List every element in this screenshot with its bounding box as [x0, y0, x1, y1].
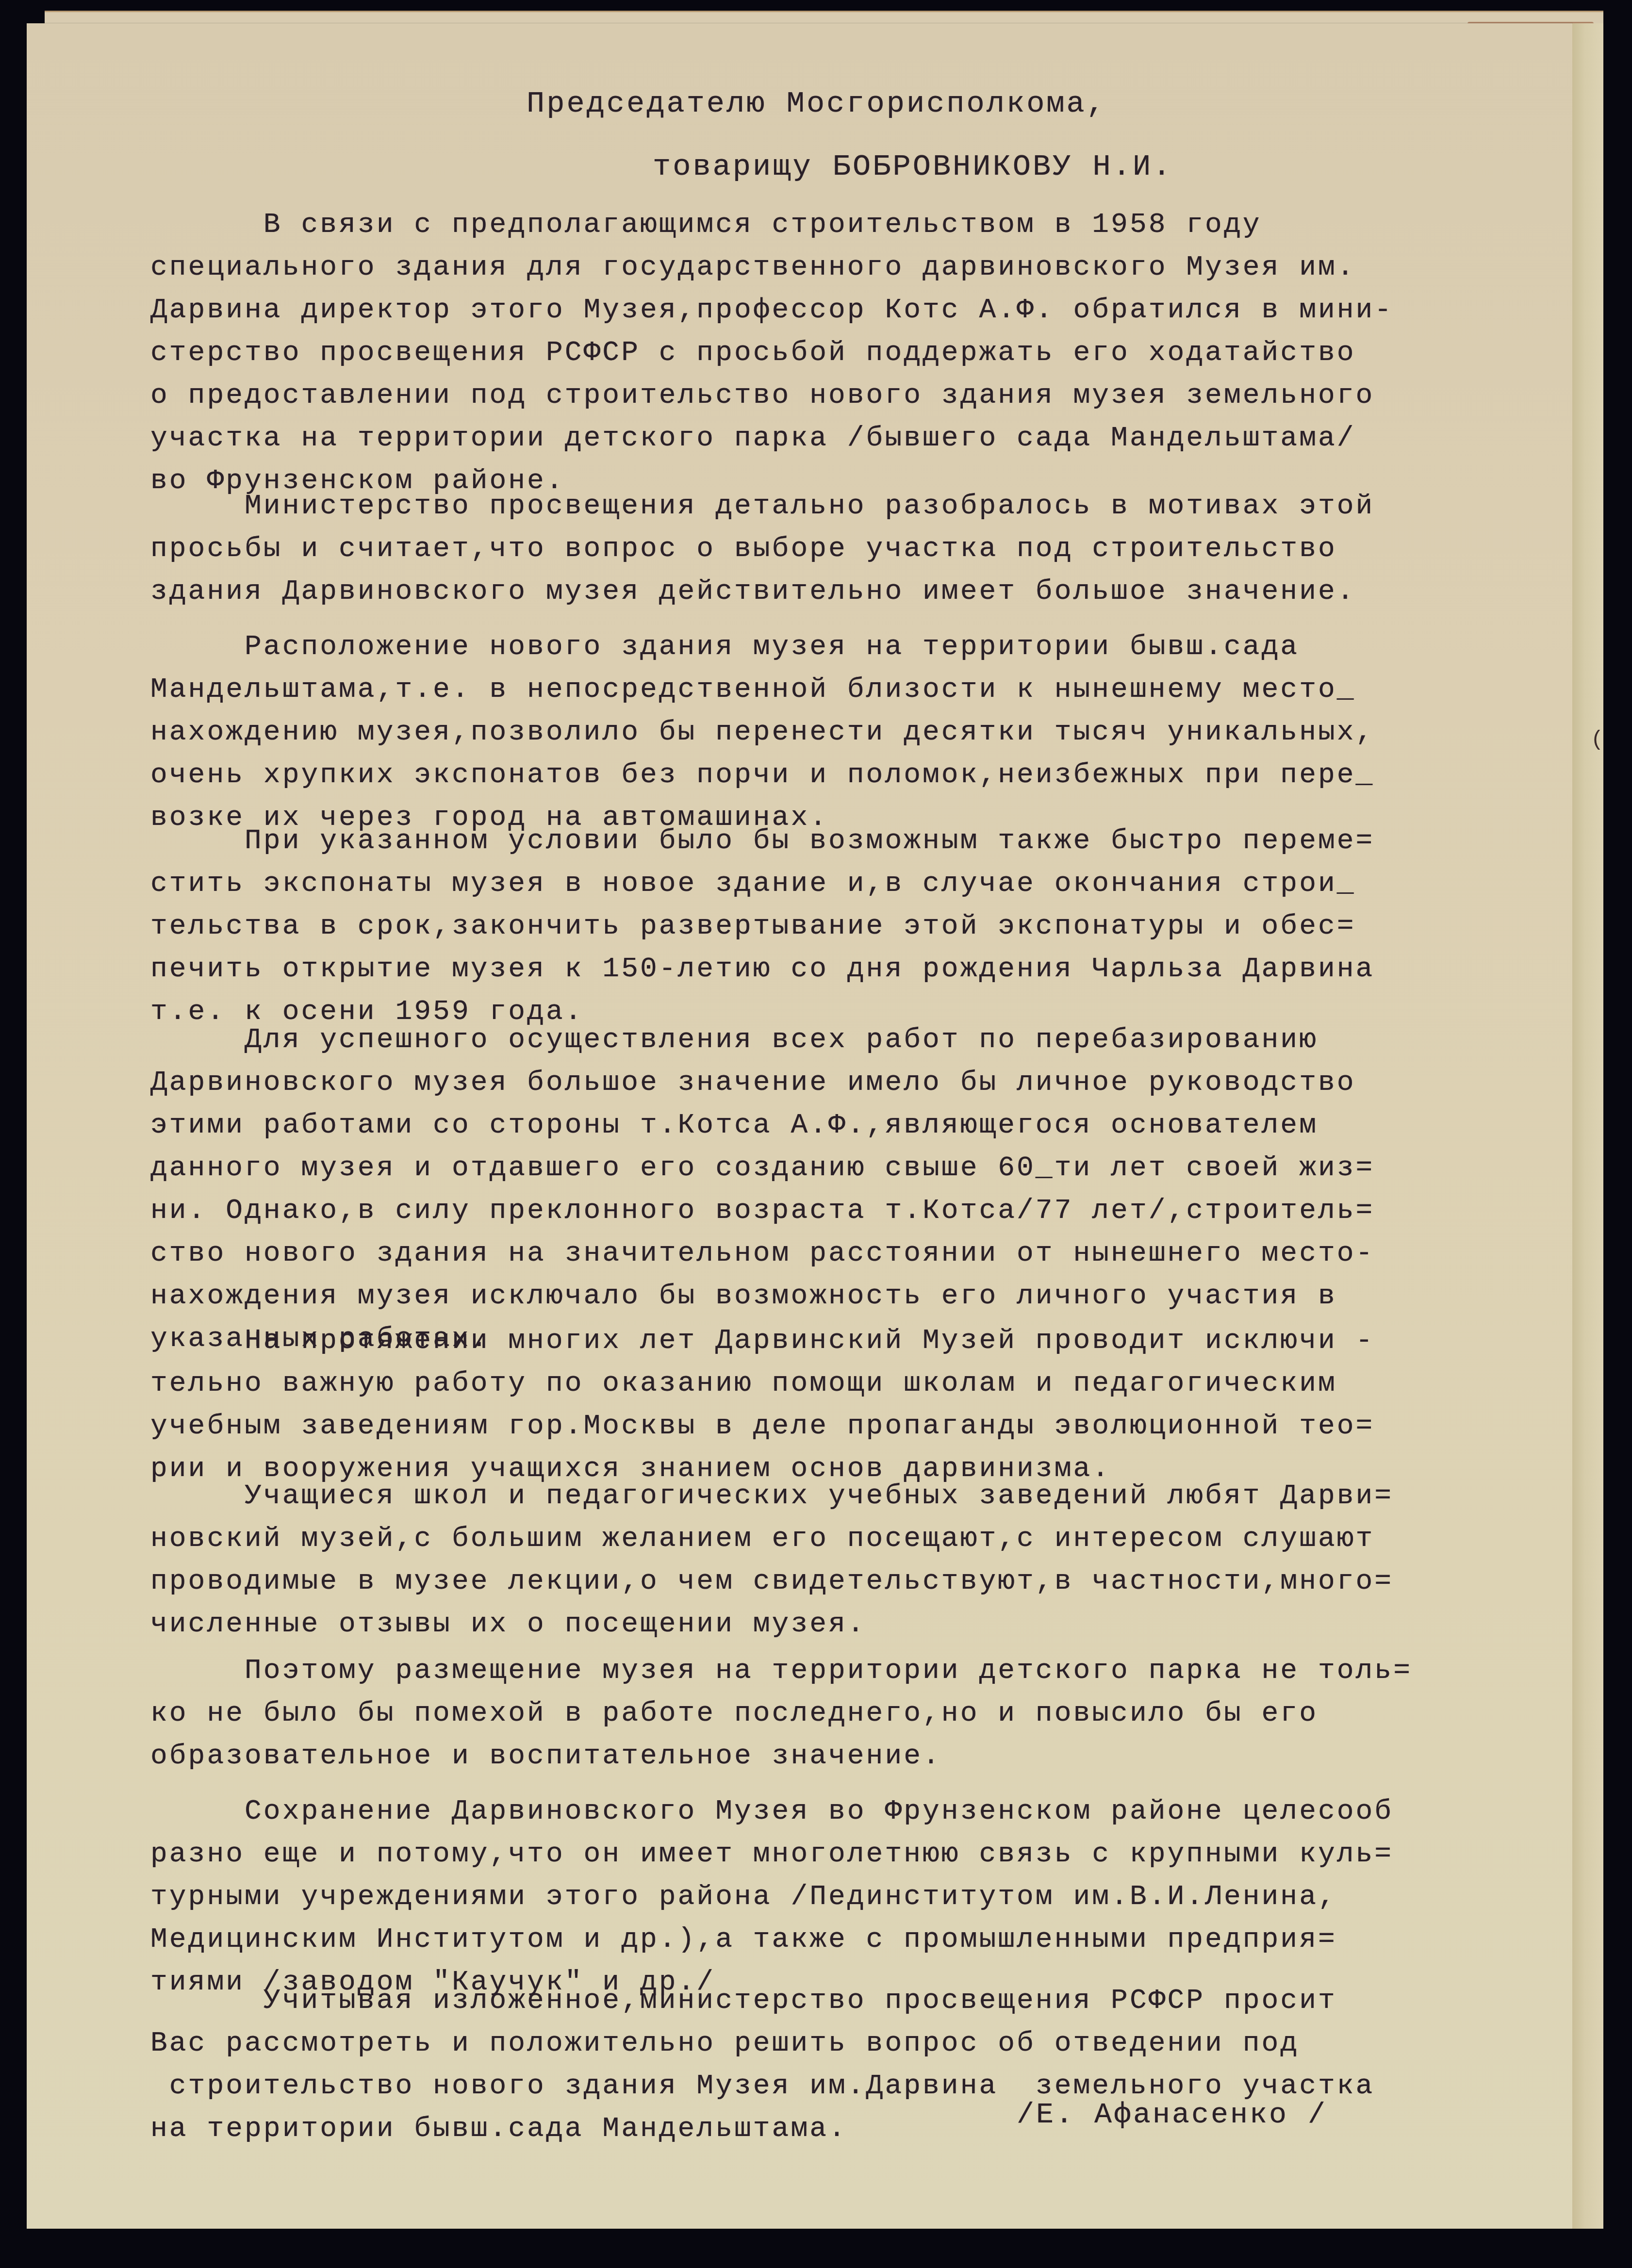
text-line: ко не было бы помехой в работе последнег…	[150, 1693, 1582, 1735]
text-line: нахождению музея,позволило бы перенести …	[150, 711, 1582, 754]
text-line: Дарвиновского музея большое значение име…	[150, 1062, 1582, 1104]
text-line: нахождения музея исключало бы возможност…	[150, 1275, 1582, 1318]
text-line: Учащиеся школ и педагогических учебных з…	[150, 1475, 1582, 1518]
text-line: На протяжении многих лет Дарвинский Музе…	[150, 1320, 1582, 1363]
text-line: о предоставлении под строительство новог…	[150, 375, 1582, 417]
text-line: турными учреждениями этого района /Педин…	[150, 1876, 1582, 1919]
paragraph: Для успешного осуществления всех работ п…	[150, 1019, 1582, 1361]
text-line: Дарвина директор этого Музея,профессор К…	[150, 289, 1582, 332]
paragraph: Сохранение Дарвиновского Музея во Фрунзе…	[150, 1791, 1582, 2004]
text-line: В связи с предполагающимся строительство…	[150, 204, 1582, 247]
text-line: Для успешного осуществления всех работ п…	[150, 1019, 1582, 1062]
text-line: учебным заведениям гор.Москвы в деле про…	[150, 1405, 1582, 1448]
paragraph: Расположение нового здания музея на терр…	[150, 626, 1582, 839]
text-line: очень хрупких экспонатов без порчи и пол…	[150, 754, 1582, 797]
text-line: Вас рассмотреть и положительно решить во…	[150, 2022, 1582, 2065]
text-line: стить экспонаты музея в новое здание и,в…	[150, 863, 1582, 905]
text-line: данного музея и отдавшего его созданию с…	[150, 1147, 1582, 1190]
text-line: печить открытие музея к 150-летию со дня…	[150, 948, 1582, 991]
paragraph: Министерство просвещения детально разобр…	[150, 485, 1582, 613]
text-line: тельно важную работу по оказанию помощи …	[150, 1363, 1582, 1405]
text-line: Расположение нового здания музея на терр…	[150, 626, 1582, 669]
text-line: разно еще и потому,что он имеет многолет…	[150, 1833, 1582, 1876]
text-line: участка на территории детского парка /бы…	[150, 417, 1582, 460]
text-line: Медицинским Институтом и др.),а также с …	[150, 1919, 1582, 1961]
text-line: Министерство просвещения детально разобр…	[150, 485, 1582, 528]
paragraph: Учащиеся школ и педагогических учебных з…	[150, 1475, 1582, 1646]
paragraph: На протяжении многих лет Дарвинский Музе…	[150, 1320, 1582, 1491]
text-line: проводимые в музее лекции,о чем свидетел…	[150, 1561, 1582, 1603]
paragraph: Поэтому размещение музея на территории д…	[150, 1650, 1582, 1778]
text-line: численные отзывы их о посещении музея.	[150, 1603, 1582, 1646]
text-line: просьбы и считает,что вопрос о выборе уч…	[150, 528, 1582, 571]
text-line: Учитывая изложенное,министерство просвещ…	[150, 1980, 1582, 2022]
text-line: новский музей,с большим желанием его пос…	[150, 1518, 1582, 1561]
text-line: на территории бывш.сада Мандельштама.	[150, 2108, 1582, 2151]
text-line: ни. Однако,в силу преклонного возраста т…	[150, 1190, 1582, 1233]
signature: /Е. Афанасенко /	[1017, 2094, 1327, 2137]
addressee-name: товарищу БОБРОВНИКОВУ Н.И.	[653, 146, 1172, 188]
text-line: специального здания для государственного…	[150, 247, 1582, 289]
text-line: Сохранение Дарвиновского Музея во Фрунзе…	[150, 1791, 1582, 1833]
text-line: строительство нового здания Музея им.Дар…	[150, 2065, 1582, 2108]
text-line: этими работами со стороны т.Котса А.Ф.,я…	[150, 1104, 1582, 1147]
text-line: образовательное и воспитательное значени…	[150, 1735, 1582, 1778]
text-line: Поэтому размещение музея на территории д…	[150, 1650, 1582, 1693]
paragraph: Учитывая изложенное,министерство просвещ…	[150, 1980, 1582, 2151]
text-line: здания Дарвиновского музея действительно…	[150, 571, 1582, 613]
margin-mark: (	[1591, 728, 1603, 752]
text-line: При указанном условии было бы возможным …	[150, 820, 1582, 863]
paragraph: При указанном условии было бы возможным …	[150, 820, 1582, 1034]
addressee-title: Председателю Мосгорисполкома,	[527, 82, 1106, 125]
text-line: стерство просвещения РСФСР с просьбой по…	[150, 332, 1582, 375]
text-line: тельства в срок,закончить развертывание …	[150, 905, 1582, 948]
text-line: ство нового здания на значительном расст…	[150, 1233, 1582, 1275]
text-line: Мандельштама,т.е. в непосредственной бли…	[150, 669, 1582, 711]
paragraph: В связи с предполагающимся строительство…	[150, 204, 1582, 503]
